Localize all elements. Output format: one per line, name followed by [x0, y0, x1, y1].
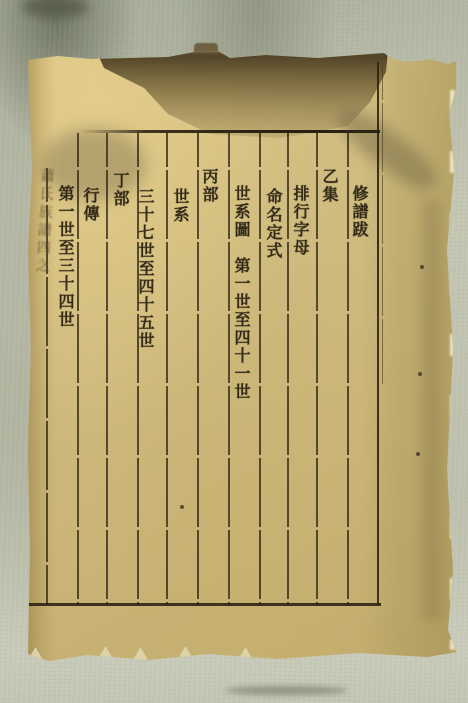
wormhole-speck	[180, 505, 184, 509]
toc-entry-lineage-chart-gen-1-41: 世系圖 第一世至四十一世	[232, 185, 252, 401]
bottom-edge-tear	[133, 647, 148, 660]
stain-right-margin	[422, 200, 442, 620]
bottom-edge-tear	[28, 647, 43, 660]
toc-entry-part-d: 丁部	[111, 172, 131, 208]
grid-top-border	[80, 130, 380, 133]
backing-bottom-smudge	[225, 686, 347, 695]
wormhole-speck	[416, 452, 420, 456]
toc-entry-lineage: 世系	[171, 188, 191, 224]
torn-edge-highlight	[450, 90, 455, 650]
bottom-edge-tear	[98, 646, 113, 659]
toc-entry-biographies: 行傳	[81, 187, 101, 223]
toc-entry-generations-1-34: 第一世至三十四世	[56, 185, 76, 329]
toc-entry-naming-format: 命名定式	[264, 188, 284, 260]
grid-bottom-border	[28, 603, 381, 606]
grid-right-border	[377, 62, 379, 605]
toc-entry-revision-postscript: 修譜跋	[350, 185, 370, 239]
bottom-edge-tear	[238, 647, 253, 660]
toc-entry-ranking-characters: 排行字母	[291, 185, 311, 257]
spine-handwriting: 蕭氏族譜四之	[24, 168, 56, 399]
toc-entry-collection-b: 乙集	[320, 168, 340, 204]
backing-dark-blotch	[22, 0, 88, 18]
document-page: 修譜跋 乙集 排行字母 命名定式 世系圖 第一世至四十一世 丙部 世系 三十七世…	[28, 50, 456, 664]
grid-right-border-inner	[382, 66, 383, 384]
toc-entry-generations-37-45: 三十七世至四十五世	[136, 188, 156, 350]
wormhole-speck	[420, 265, 424, 269]
wormhole-speck	[418, 372, 422, 376]
bottom-edge-tear	[178, 646, 193, 659]
toc-entry-part-c: 丙部	[200, 168, 220, 204]
